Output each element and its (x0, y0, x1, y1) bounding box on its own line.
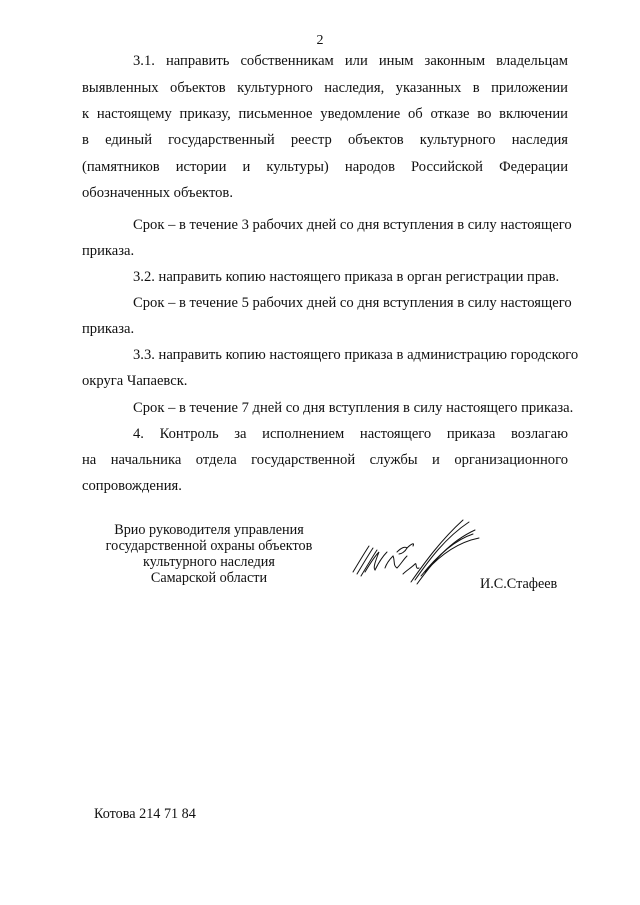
paragraph-3-1-line: выявленных объектов культурного наследия… (82, 79, 568, 97)
term-3-3: Срок – в течение 7 дней со дня вступлени… (133, 399, 568, 417)
paragraph-3-1-line: обозначенных объектов. (82, 184, 568, 202)
paragraph-3-3-line: округа Чапаевск. (82, 372, 568, 390)
paragraph-3-1-line: 3.1. направить собственникам или иным за… (133, 52, 568, 70)
term-3-2-line: приказа. (82, 320, 568, 338)
signer-position-line: Самарской области (96, 570, 322, 586)
signer-position-line: культурного наследия (96, 554, 322, 570)
signer-position-line: государственной охраны объектов (96, 538, 322, 554)
paragraph-4-line: на начальника отдела государственной слу… (82, 451, 568, 469)
term-3-1-line: приказа. (82, 242, 568, 260)
signer-name: И.С.Стафеев (480, 576, 557, 593)
handwritten-signature-icon (345, 512, 480, 592)
paragraph-3-1-line: (памятников истории и культуры) народов … (82, 158, 568, 176)
paragraph-4-line: сопровождения. (82, 477, 568, 495)
term-3-2-line: Срок – в течение 5 рабочих дней со дня в… (133, 294, 568, 312)
paragraph-3-1-line: к настоящему приказу, письменное уведомл… (82, 105, 568, 123)
paragraph-4-line: 4. Контроль за исполнением настоящего пр… (133, 425, 568, 443)
term-3-1-line: Срок – в течение 3 рабочих дней со дня в… (133, 216, 568, 234)
paragraph-3-2: 3.2. направить копию настоящего приказа … (133, 268, 568, 286)
signer-position: Врио руководителя управления государстве… (96, 522, 322, 586)
page-number: 2 (0, 33, 640, 49)
paragraph-3-3-line: 3.3. направить копию настоящего приказа … (133, 346, 568, 364)
contact-info: Котова 214 71 84 (94, 806, 196, 823)
signer-position-line: Врио руководителя управления (96, 522, 322, 538)
paragraph-3-1-line: в единый государственный реестр объектов… (82, 131, 568, 149)
